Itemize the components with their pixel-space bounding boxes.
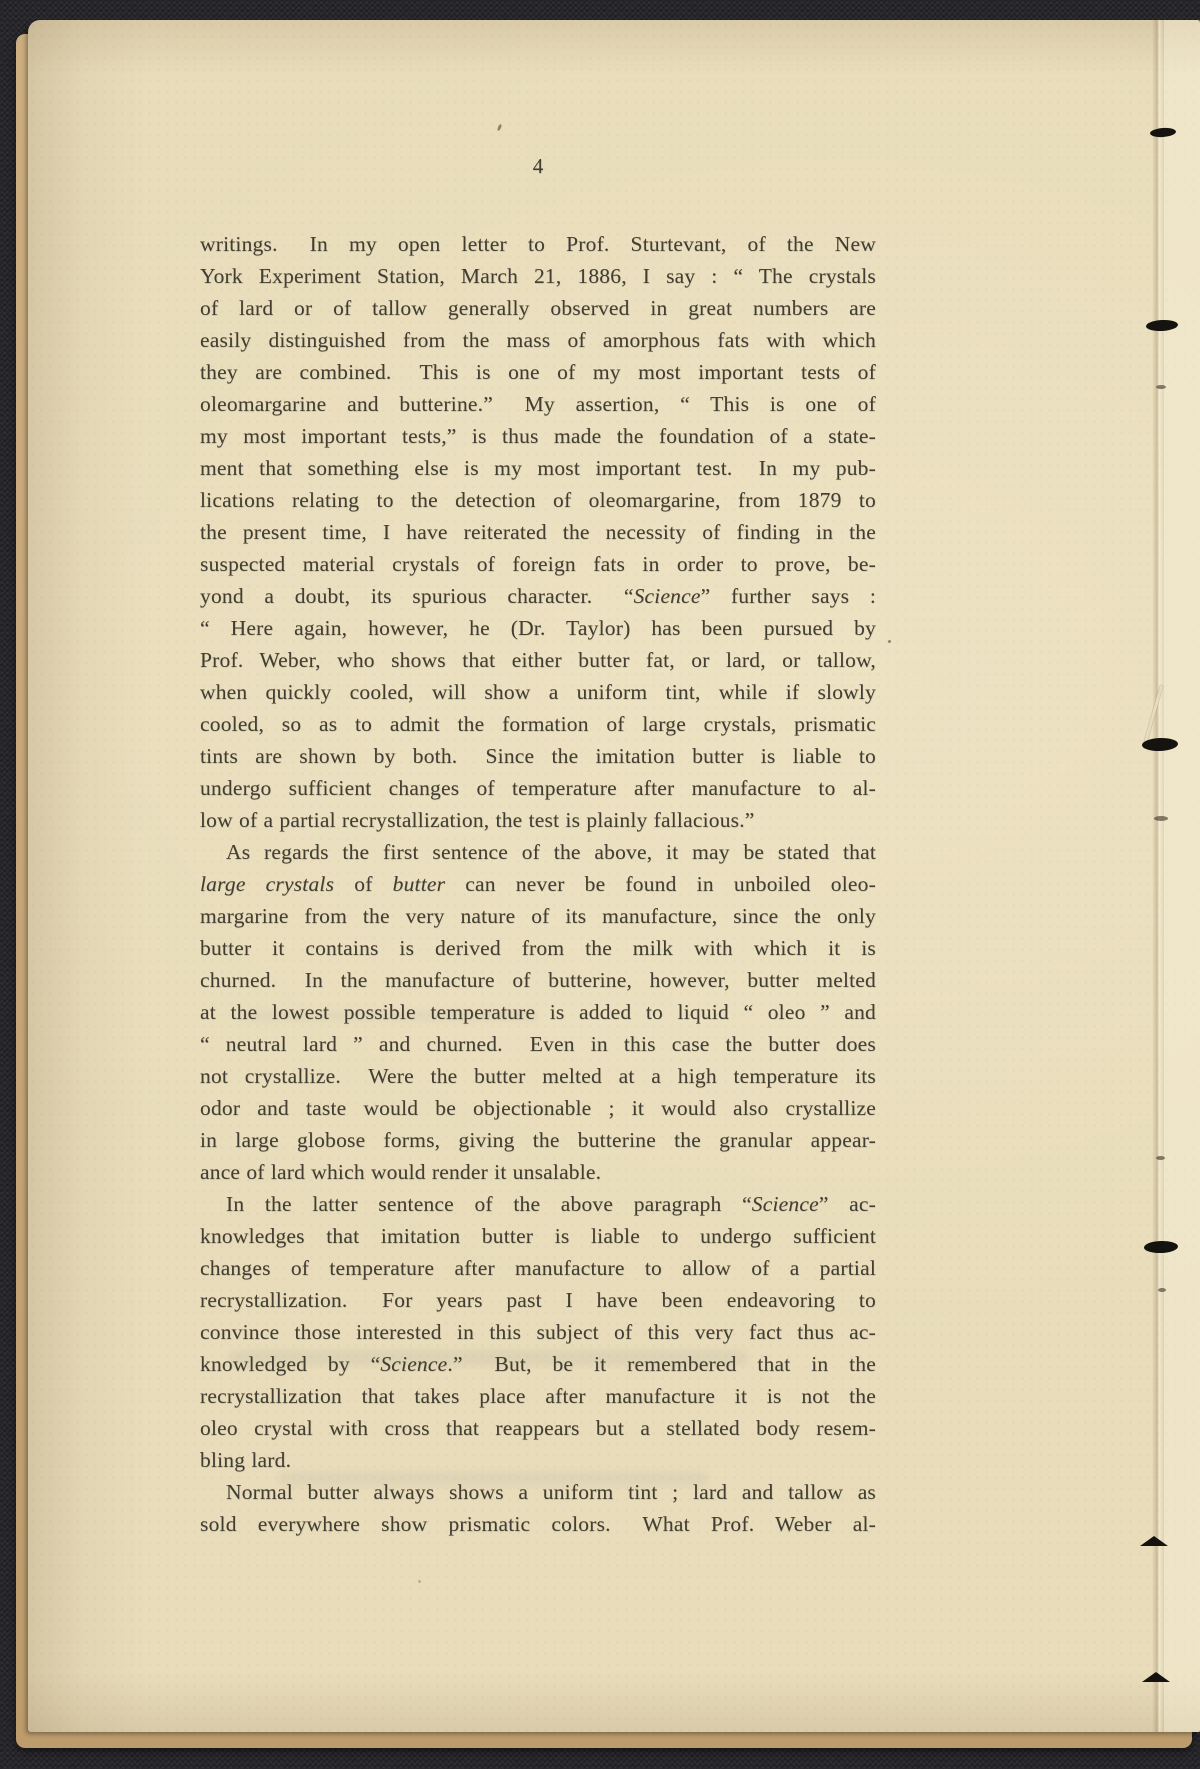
text-line: of lard or of tallow generally observed … <box>200 292 876 324</box>
text-line: at the lowest possible temperature is ad… <box>200 996 876 1028</box>
text-line: Normal butter always shows a uniform tin… <box>200 1476 876 1508</box>
document-page: 4 writings. In my open letter to Prof. S… <box>28 20 1200 1732</box>
paragraph: In the latter sentence of the above para… <box>200 1188 876 1476</box>
text-line: the present time, I have reiterated the … <box>200 516 876 548</box>
text-line: margarine from the very nature of its ma… <box>200 900 876 932</box>
binding-fold-highlight <box>1164 20 1200 1732</box>
paragraph: As regards the first sentence of the abo… <box>200 836 876 1188</box>
text-line: undergo sufficient changes of temperatur… <box>200 772 876 804</box>
text-line: York Experiment Station, March 21, 1886,… <box>200 260 876 292</box>
text-line: oleomargarine and butterine.” My asserti… <box>200 388 876 420</box>
text-line: ance of lard which would render it unsal… <box>200 1156 876 1188</box>
text-line: “ neutral lard ” and churned. Even in th… <box>200 1028 876 1060</box>
text-line: in large globose forms, giving the butte… <box>200 1124 876 1156</box>
text-line: knowledges that imitation butter is liab… <box>200 1220 876 1252</box>
text-line: butter it contains is derived from the m… <box>200 932 876 964</box>
text-line: tints are shown by both. Since the imita… <box>200 740 876 772</box>
text-line: changes of temperature after manufacture… <box>200 1252 876 1284</box>
text-line: cooled, so as to admit the formation of … <box>200 708 876 740</box>
dust-speck <box>418 1580 421 1583</box>
text-line: knowledged by “Science.” But, be it reme… <box>200 1348 876 1380</box>
text-line: low of a partial recrystallization, the … <box>200 804 876 836</box>
text-line: my most important tests,” is thus made t… <box>200 420 876 452</box>
stitch-hole <box>1142 1672 1170 1682</box>
text-line: oleo crystal with cross that reappears b… <box>200 1412 876 1444</box>
text-line: recrystallization. For years past I have… <box>200 1284 876 1316</box>
text-line: As regards the first sentence of the abo… <box>200 836 876 868</box>
text-line: yond a doubt, its spurious character. “S… <box>200 580 876 612</box>
stitch-hole <box>1156 385 1166 389</box>
dust-speck <box>888 640 891 643</box>
text-line: “ Here again, however, he (Dr. Taylor) h… <box>200 612 876 644</box>
text-line: recrystallization that takes place after… <box>200 1380 876 1412</box>
text-line: suspected material crystals of foreign f… <box>200 548 876 580</box>
text-line: lications relating to the detection of o… <box>200 484 876 516</box>
paragraph: writings. In my open letter to Prof. Stu… <box>200 228 876 836</box>
stitch-hole <box>1156 1156 1165 1160</box>
text-line: large crystals of butter can never be fo… <box>200 868 876 900</box>
text-line: easily distinguished from the mass of am… <box>200 324 876 356</box>
text-line: writings. In my open letter to Prof. Stu… <box>200 228 876 260</box>
page-number: 4 <box>200 154 876 179</box>
text-line: they are combined. This is one of my mos… <box>200 356 876 388</box>
page-text: writings. In my open letter to Prof. Stu… <box>200 228 876 1540</box>
text-line: not crystallize. Were the butter melted … <box>200 1060 876 1092</box>
text-line: In the latter sentence of the above para… <box>200 1188 876 1220</box>
binding-fold <box>1152 20 1164 1732</box>
dust-speck <box>497 124 503 132</box>
text-line: bling lard. <box>200 1444 876 1476</box>
stitch-hole <box>1158 1288 1166 1292</box>
text-line: sold everywhere show prismatic colors. W… <box>200 1508 876 1540</box>
text-line: ment that something else is my most impo… <box>200 452 876 484</box>
text-line: churned. In the manufacture of butterine… <box>200 964 876 996</box>
text-line: when quickly cooled, will show a uniform… <box>200 676 876 708</box>
paragraph: Normal butter always shows a uniform tin… <box>200 1476 876 1540</box>
text-line: Prof. Weber, who shows that either butte… <box>200 644 876 676</box>
text-line: convince those interested in this subjec… <box>200 1316 876 1348</box>
text-line: odor and taste would be objectionable ; … <box>200 1092 876 1124</box>
stitch-hole <box>1140 1536 1168 1546</box>
stitch-hole <box>1154 816 1168 821</box>
